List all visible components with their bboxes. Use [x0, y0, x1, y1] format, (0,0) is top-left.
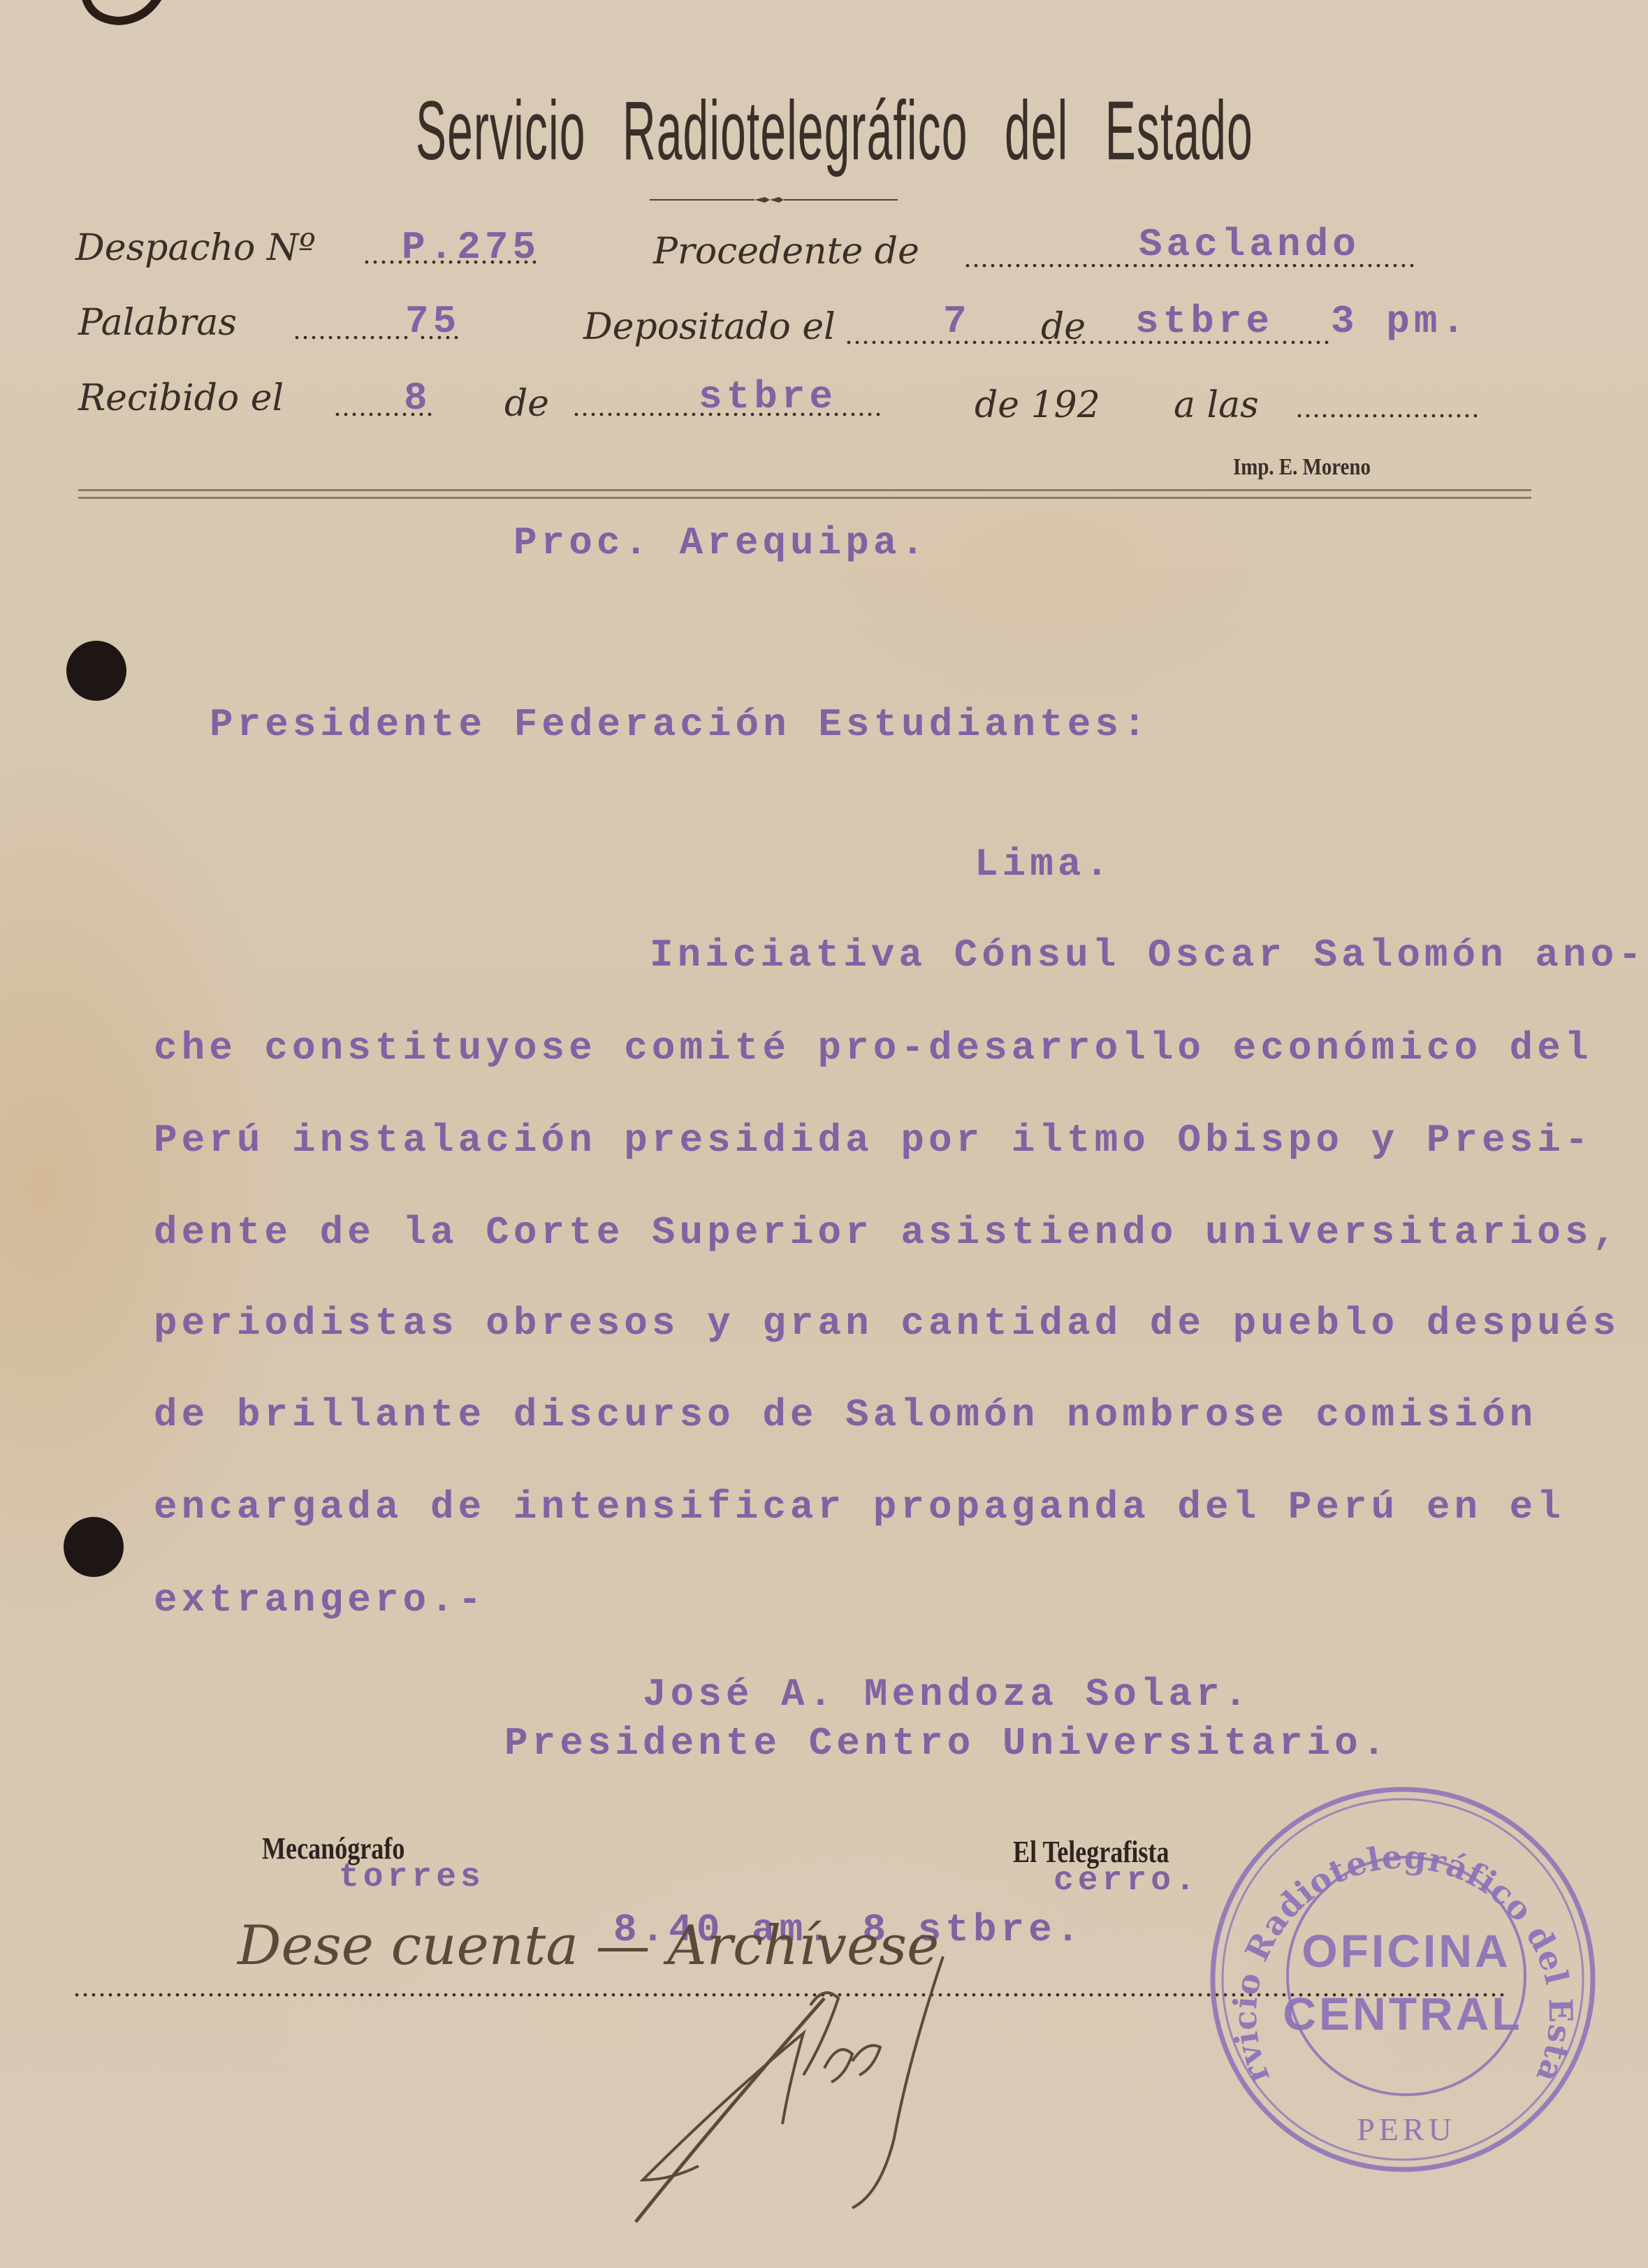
- signature-title: Presidente Centro Universitario.: [504, 1721, 1390, 1766]
- despacho-label: Despacho Nº: [75, 227, 316, 269]
- recibido-year-label: de 192: [975, 384, 1100, 426]
- recibido-day: 8: [404, 376, 432, 421]
- palabras-value: 75: [405, 299, 460, 344]
- mecanografo-value: torres: [339, 1859, 485, 1896]
- depositado-de: de: [1041, 306, 1086, 348]
- depositado-month: stbre: [1135, 299, 1274, 344]
- telegrafista-value: cerro.: [1053, 1862, 1199, 1900]
- recibido-label: Recibido el: [78, 377, 284, 419]
- message-line: extrangero.-: [154, 1578, 486, 1622]
- despacho-value: P.275: [402, 225, 540, 270]
- signature-name: José A. Mendoza Solar.: [643, 1672, 1251, 1717]
- title-ornament-icon: [650, 197, 898, 203]
- recibido-las-dots: ......................: [1296, 391, 1480, 424]
- procedente-label: Procedente de: [653, 231, 919, 272]
- depositado-label: Depositado el: [583, 306, 836, 348]
- document-title: Servicio Radiotelegráfico del Estado: [416, 82, 1253, 179]
- recibido-las-label: a las: [1174, 384, 1259, 426]
- message-line: Iniciativa Cónsul Oscar Salomón ano-: [650, 933, 1646, 977]
- recibido-month: stbre: [699, 375, 837, 419]
- message-origin: Proc. Arequipa.: [513, 521, 928, 565]
- depositado-day: 7: [943, 299, 971, 344]
- header-rule-bottom: [78, 497, 1531, 499]
- message-addressee: Presidente Federación Estudiantes:: [210, 702, 1151, 747]
- procedente-value: Saclando: [1139, 222, 1360, 267]
- printer-credit: Imp. E. Moreno: [1233, 454, 1371, 481]
- message-line: Perú instalación presidida por iltmo Obi…: [154, 1118, 1592, 1163]
- ink-mark-icon: [77, 0, 175, 35]
- message-line: che constituyose comité pro-desarrollo e…: [154, 1026, 1592, 1070]
- handwritten-signature-icon: [615, 1956, 978, 2250]
- stamp-center-line1: OFICINA: [1301, 1925, 1510, 1977]
- message-city: Lima.: [975, 842, 1113, 887]
- palabras-label: Palabras: [78, 302, 237, 344]
- stamp-center-line2: CENTRAL: [1283, 1988, 1522, 2040]
- depositado-time: 3 pm.: [1331, 299, 1469, 344]
- message-line: periodistas obresos y gran cantidad de p…: [154, 1301, 1620, 1346]
- stamp-bottom-text: PERU: [1357, 2111, 1456, 2147]
- message-line: dente de la Corte Superior asistiendo un…: [154, 1210, 1620, 1255]
- punch-hole-top: [66, 641, 126, 701]
- office-stamp: Servicio Radiotelegráfico del Estado OFI…: [1207, 1784, 1598, 2175]
- recibido-de: de: [504, 383, 549, 425]
- header-rule-top: [78, 489, 1531, 491]
- message-line: encargada de intensificar propaganda del…: [154, 1485, 1565, 1529]
- punch-hole-bottom: [64, 1517, 124, 1577]
- message-line: de brillante discurso de Salomón nombros…: [154, 1393, 1537, 1437]
